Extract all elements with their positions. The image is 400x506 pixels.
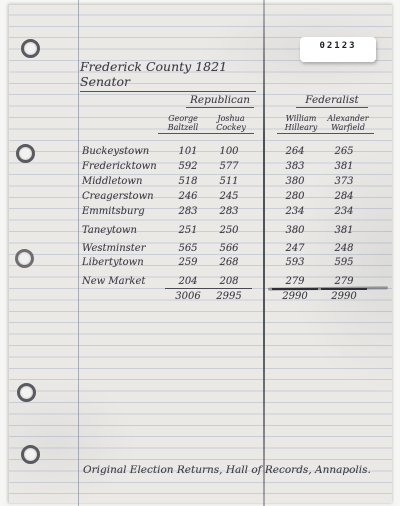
vote-count: 234 xyxy=(321,205,367,218)
table-row: Middletown 518 511 380 373 xyxy=(0,175,400,189)
vote-count: 380 xyxy=(272,175,318,188)
town-name: Taneytown xyxy=(82,224,137,237)
town-name: Fredericktown xyxy=(82,160,157,173)
total-votes: 2990 xyxy=(272,290,318,303)
candidate-first-name: George xyxy=(158,114,208,123)
vote-count: 208 xyxy=(206,275,252,289)
vote-count: 283 xyxy=(206,205,252,218)
vote-count: 259 xyxy=(165,256,211,269)
vote-count: 577 xyxy=(206,160,252,173)
party-header-republican: Republican xyxy=(186,94,254,108)
candidate-last-name: Cockey xyxy=(208,123,254,132)
totals-row: 3006 2995 2990 2990 xyxy=(0,290,400,304)
vote-count: 595 xyxy=(321,256,367,269)
archive-number: 02123 xyxy=(319,41,356,51)
vote-count: 247 xyxy=(272,242,318,255)
vote-count: 245 xyxy=(206,190,252,203)
candidate-header: William Hilleary xyxy=(277,114,325,134)
vote-count: 246 xyxy=(165,190,211,203)
candidate-header: Alexander Warfield xyxy=(322,114,374,134)
vote-count: 383 xyxy=(272,160,318,173)
vote-count: 592 xyxy=(165,160,211,173)
vote-count: 381 xyxy=(321,224,367,237)
candidate-first-name: Joshua xyxy=(208,114,254,123)
total-votes: 2990 xyxy=(321,290,367,303)
vote-count: 283 xyxy=(165,205,211,218)
table-row: Fredericktown 592 577 383 381 xyxy=(0,160,400,174)
vote-count: 248 xyxy=(321,242,367,255)
vote-count: 373 xyxy=(321,175,367,188)
scanned-document: 02123 Frederick County 1821 Senator Repu… xyxy=(0,0,400,506)
archive-number-sticker: 02123 xyxy=(300,37,376,62)
punch-hole xyxy=(17,383,36,402)
vote-count: 101 xyxy=(165,145,211,158)
vote-count: 380 xyxy=(272,224,318,237)
vote-count: 264 xyxy=(272,145,318,158)
candidate-header: George Baltzell xyxy=(158,114,208,134)
candidate-last-name: Hilleary xyxy=(277,123,325,132)
vote-count: 234 xyxy=(272,205,318,218)
vote-count: 268 xyxy=(206,256,252,269)
vote-count: 280 xyxy=(272,190,318,203)
town-name: Creagerstown xyxy=(82,190,154,203)
vote-count: 251 xyxy=(165,224,211,237)
vote-count: 593 xyxy=(272,256,318,269)
vote-count: 381 xyxy=(321,160,367,173)
vote-count: 566 xyxy=(206,242,252,255)
town-name: Emmitsburg xyxy=(82,205,145,218)
town-name: Libertytown xyxy=(82,256,144,269)
vote-count: 565 xyxy=(165,242,211,255)
candidate-header: Joshua Cockey xyxy=(208,114,254,134)
vote-count: 518 xyxy=(165,175,211,188)
table-row: Creagerstown 246 245 280 284 xyxy=(0,190,400,204)
candidate-first-name: William xyxy=(277,114,325,123)
town-name: Westminster xyxy=(82,242,146,255)
town-name: Middletown xyxy=(82,175,142,188)
punch-hole xyxy=(21,445,40,464)
source-note: Original Election Returns, Hall of Recor… xyxy=(83,464,373,476)
punch-hole xyxy=(21,39,40,58)
vote-count: 204 xyxy=(165,275,211,289)
table-row: Libertytown 259 268 593 595 xyxy=(0,256,400,270)
total-votes: 3006 xyxy=(165,290,211,303)
vote-count: 265 xyxy=(321,145,367,158)
table-row: Buckeystown 101 100 264 265 xyxy=(0,145,400,159)
vote-count: 100 xyxy=(206,145,252,158)
vote-count: 284 xyxy=(321,190,367,203)
town-name: Buckeystown xyxy=(82,145,149,158)
candidate-first-name: Alexander xyxy=(322,114,374,123)
party-header-federalist: Federalist xyxy=(296,94,368,108)
table-row: Emmitsburg 283 283 234 234 xyxy=(0,205,400,219)
total-votes: 2995 xyxy=(206,290,252,303)
candidate-last-name: Baltzell xyxy=(158,123,208,132)
candidate-last-name: Warfield xyxy=(322,123,374,132)
page-title: Frederick County 1821 Senator xyxy=(80,59,256,92)
table-row: Taneytown 251 250 380 381 xyxy=(0,224,400,238)
town-name: New Market xyxy=(82,275,145,288)
vote-count: 250 xyxy=(206,224,252,237)
vote-count: 511 xyxy=(206,175,252,188)
table-row: Westminster 565 566 247 248 xyxy=(0,242,400,256)
